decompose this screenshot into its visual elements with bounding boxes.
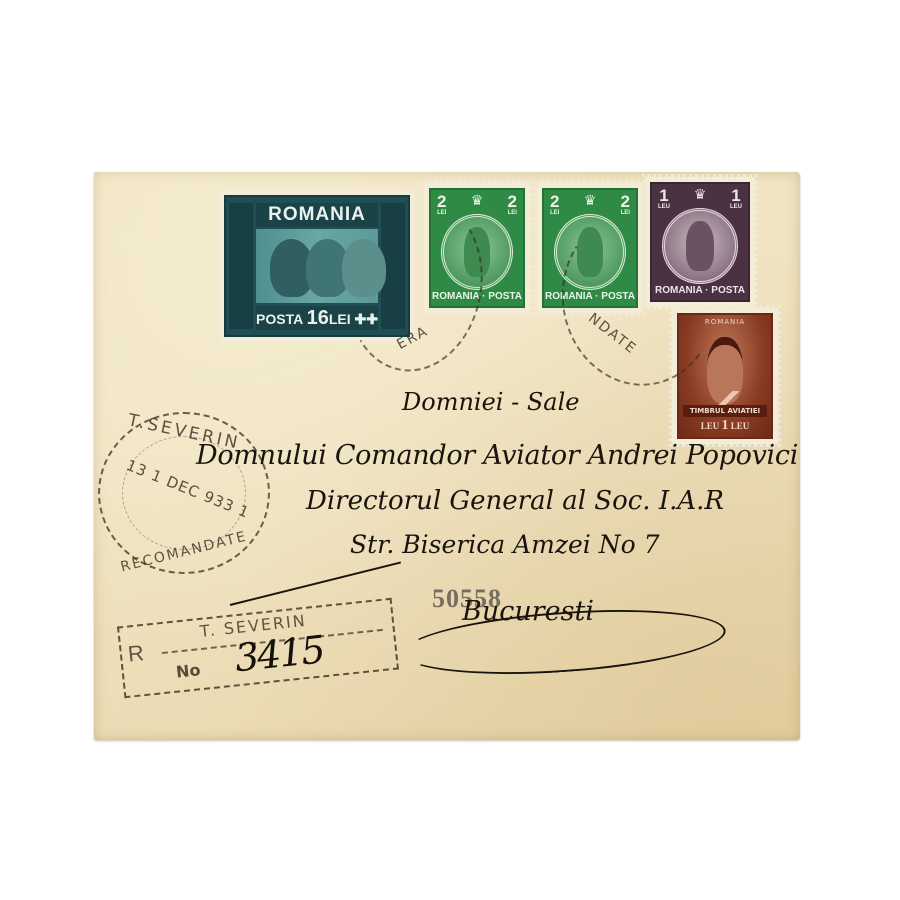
stamp-value-right: 2LEI (508, 194, 517, 217)
crown-icon: ♛ (584, 194, 597, 208)
stamp-currency: LEI (329, 311, 351, 327)
stamp-value-right: 1LEU (730, 188, 742, 211)
registration-letter: R (127, 640, 146, 668)
heraldic-border-left (229, 203, 253, 329)
stamp-value-left: 2LEI (550, 194, 559, 217)
postmark-tseverin: T.SEVERIN 13 1 DEC 933 1 RECOMANDATE (98, 412, 270, 574)
stamp-value: 16 (307, 307, 329, 329)
address-recipient: Domnului Comandor Aviator Andrei Popovic… (196, 440, 798, 471)
address-title: Directorul General al Soc. I.A.R (306, 486, 724, 516)
stamp-country: ROMANIA (256, 203, 378, 227)
crown-icon: ♛ (471, 194, 484, 208)
address-salutation: Domniei - Sale (402, 388, 579, 416)
address-city: Bucuresti (462, 596, 594, 627)
stamp-banner: TIMBRUL AVIATIEI (683, 405, 767, 417)
crown-icon: ♛ (694, 188, 707, 202)
stamp-value-row: LEU 1 LEU (679, 418, 771, 434)
registration-number: 3415 (233, 627, 326, 680)
registration-number-label: No (175, 660, 201, 681)
stamp-value-left: 1LEU (658, 188, 670, 211)
stamp-inscription: POSTA (256, 311, 303, 327)
address-street: Str. Biserica Amzei No 7 (350, 530, 660, 559)
